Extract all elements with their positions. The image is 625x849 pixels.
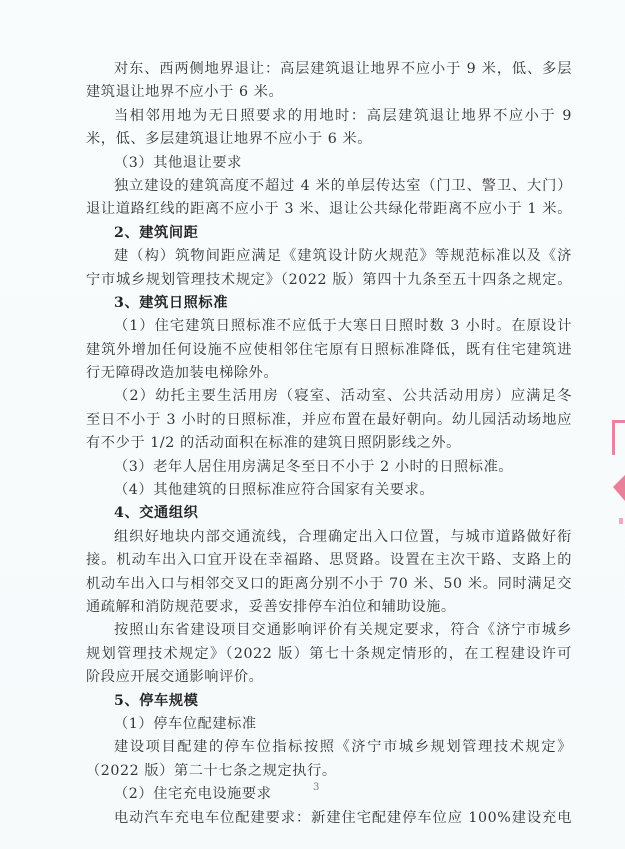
seal-mark-middle <box>613 475 625 501</box>
paragraph-line: 行无障碍改造加装电梯除外。 <box>86 362 572 385</box>
paragraph-line: 建（构）筑物间距应满足《建筑设计防火规范》等规范标准以及《济 <box>86 245 572 268</box>
paragraph-line: （1）住宅建筑日照标准不应低于大寒日日照时数 3 小时。在原设计 <box>86 315 572 338</box>
paragraph-line: （3）老年人居住用房满足冬至日不小于 2 小时的日照标准。 <box>86 456 572 479</box>
paragraph-line: 通疏解和消防规范要求，妥善安排停车泊位和辅助设施。 <box>86 596 572 619</box>
paragraph-line: 机动车出入口与相邻交叉口的距离分别不小于 70 米、50 米。同时满足交 <box>86 573 572 596</box>
paragraph-line: （4）其他建筑的日照标准应符合国家有关要求。 <box>86 479 572 502</box>
section-heading: 2、建筑间距 <box>86 222 572 245</box>
paragraph-line: 独立建设的建筑高度不超过 4 米的单层传达室（门卫、警卫、大门） <box>86 175 572 198</box>
section-heading: 3、建筑日照标准 <box>86 292 572 315</box>
paragraph-line: 接。机动车出入口宜开设在幸福路、思贤路。设置在主次干路、支路上的 <box>86 549 572 572</box>
paragraph-line: 宁市城乡规划管理技术规定》（2022 版）第四十九条至五十四条之规定。 <box>86 269 572 292</box>
paragraph-line: 至日不小于 3 小时的日照标准，并应布置在最好朝向。幼儿园活动场地应 <box>86 409 572 432</box>
paragraph-line: 阶段应开展交通影响评价。 <box>86 666 572 689</box>
paragraph-line: 建筑外增加任何设施不应使相邻住宅原有日照标准降低，既有住宅建筑进 <box>86 339 572 362</box>
paragraph-line: 组织好地块内部交通流线，合理确定出入口位置，与城市道路做好衔 <box>86 526 572 549</box>
paragraph-line: （2022 版）第二十七条之规定执行。 <box>86 760 572 783</box>
seal-mark-top <box>612 420 625 455</box>
section-heading: 5、停车规模 <box>86 690 572 713</box>
section-heading: 4、交通组织 <box>86 502 572 525</box>
paragraph-line: 建设项目配建的停车位指标按照《济宁市城乡规划管理技术规定》 <box>86 736 572 759</box>
paragraph-line: 规划管理技术规定》（2022 版）第七十条规定情形的，在工程建设许可 <box>86 643 572 666</box>
red-seal-stamp-fragment <box>611 420 625 530</box>
paragraph-line: （1）停车位配建标准 <box>86 713 572 736</box>
paragraph-line: 电动汽车充电车位配建要求：新建住宅配建停车位应 100%建设充电 <box>86 807 572 830</box>
document-body: 对东、西两侧地界退让：高层建筑退让地界不应小于 9 米，低、多层建筑退让地界不应… <box>86 58 572 830</box>
paragraph-line: （2）住宅充电设施要求 <box>86 783 572 806</box>
paragraph-line: 建筑退让地界不应小于 6 米。 <box>86 81 572 104</box>
paragraph-line: 按照山东省建设项目交通影响评价有关规定要求，符合《济宁市城乡 <box>86 619 572 642</box>
paragraph-line: 当相邻用地为无日照要求的用地时：高层建筑退让地界不应小于 9 <box>86 105 572 128</box>
page-number: 3 <box>313 782 319 793</box>
paragraph-line: （2）幼托主要生活用房（寝室、活动室、公共活动用房）应满足冬 <box>86 385 572 408</box>
paragraph-line: （3）其他退让要求 <box>86 152 572 175</box>
seal-mark-bottom <box>619 518 623 524</box>
paragraph-line: 对东、西两侧地界退让：高层建筑退让地界不应小于 9 米，低、多层 <box>86 58 572 81</box>
paragraph-line: 米，低、多层建筑退让地界不应小于 6 米。 <box>86 128 572 151</box>
paragraph-line: 退让道路红线的距离不应小于 3 米、退让公共绿化带距离不应小于 1 米。 <box>86 198 572 221</box>
document-page: 对东、西两侧地界退让：高层建筑退让地界不应小于 9 米，低、多层建筑退让地界不应… <box>0 0 625 849</box>
paragraph-line: 有不少于 1/2 的活动面积在标准的建筑日照阴影线之外。 <box>86 432 572 455</box>
